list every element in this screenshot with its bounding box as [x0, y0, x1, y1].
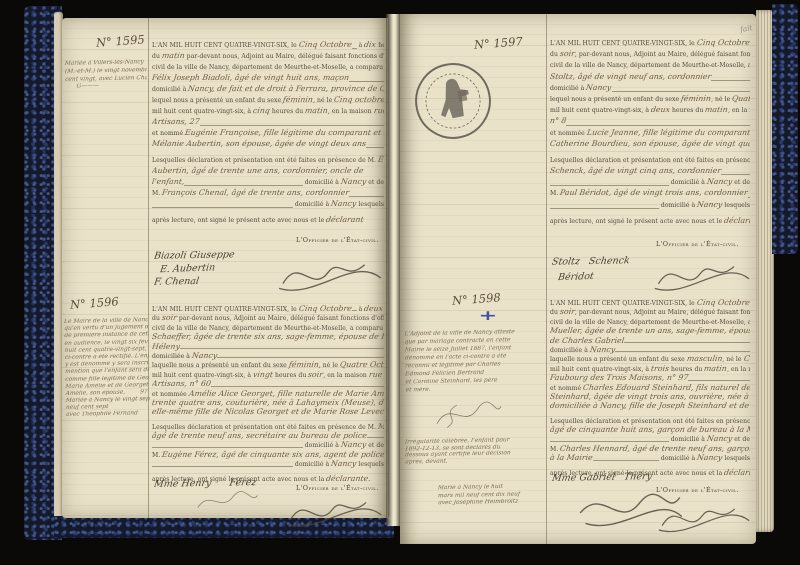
text-line: du soir par-devant nous, Adjoint au Mair…: [152, 313, 384, 322]
left-page: N° 1595 Mariée à Villers-lès-Nancy(M.-et…: [62, 18, 388, 518]
text-line: Lesquelles déclaration et présentation o…: [152, 422, 384, 431]
text-line: Catherine Bourdieu, son épouse, âgée de …: [550, 139, 750, 150]
text-line: laquelle nous a présenté un enfant du se…: [550, 354, 750, 363]
officer-title-label: L'Officier de l'État-civil.: [656, 240, 739, 248]
text-line: Stoltz, âgé de vingt neuf ans, cordonnie…: [550, 72, 750, 83]
text-line: F. Chenal: [154, 275, 235, 289]
text-line: trente quatre ans, couturière, née à Lah…: [152, 398, 384, 407]
text-line: lequel nous a présenté un enfant du sexe…: [550, 94, 750, 105]
text-line: Béridot: [558, 269, 636, 287]
text-line: domiciliée à Nancy, fille de Joseph Stei…: [550, 401, 750, 410]
text-line: Mueller, âgée de trente un ans, sage-fem…: [550, 326, 750, 335]
officer-title-label: L'Officier de l'État-civil.: [296, 236, 379, 244]
text-line: mil huit cent quatre-vingt-six, à deux h…: [550, 105, 750, 116]
text-line: et nommé Charles Edouard Steinhard, fils…: [550, 383, 750, 392]
text-line: Aubertin, âgé de trente une ans, cordonn…: [152, 166, 384, 177]
record-number-1596: N° 1596: [70, 294, 120, 311]
text-line: Mélanie Aubertin, son épouse, âgée de vi…: [152, 139, 384, 150]
text-line: du matin par-devant nous, Adjoint au Mai…: [152, 51, 384, 62]
text-line: après lecture, ont signé le présent acte…: [152, 215, 384, 226]
right-page: N° 1597 L'AN MIL HUIT CENT QUATRE-VINGT-…: [400, 14, 756, 544]
text-line: M. Charles Hennard, âgé de trente neuf a…: [550, 444, 750, 453]
record-body-1597: L'AN MIL HUIT CENT QUATRE-VINGT-SIX, le …: [550, 38, 750, 227]
record-body-1598: L'AN MIL HUIT CENT QUATRE-VINGT-SIX, le …: [550, 298, 750, 477]
text-line: et nommée Lucie Jeanne, fille légitime d…: [550, 128, 750, 139]
text-line: G———: [65, 83, 147, 93]
record-number-1597: N° 1597: [474, 34, 524, 51]
officer-signature-flourish: [276, 250, 384, 300]
text-line: L'AN MIL HUIT CENT QUATRE-VINGT-SIX, le …: [550, 298, 750, 307]
text-line: domicilié à Nancy lesquels: [550, 200, 750, 211]
text-line: Steinhard, âgée de vingt trois ans, ouvr…: [550, 392, 750, 401]
text-line: Félix Joseph Biadoli, âgé de vingt huit …: [152, 73, 384, 84]
text-line: L'AN MIL HUIT CENT QUATRE-VINGT-SIX, le …: [152, 40, 384, 51]
text-line: avec Joséphine Heimbroitz: [438, 498, 556, 508]
declarant-signature-flourish: [192, 484, 262, 518]
book-cover-right: [772, 4, 798, 254]
record-number-1595: N° 1595: [96, 32, 146, 49]
officer-signature-flourish: [284, 490, 384, 534]
text-line: et nommée Amélie Alice Georget, fille na…: [152, 389, 384, 398]
text-line: domicilié à Nancy, de fait et de droit à…: [152, 84, 384, 95]
record-number-1598: N° 1598: [452, 290, 502, 307]
text-line: domicilié à Nancy: [550, 83, 750, 94]
signatures-1595: Biazoli GiuseppeE. AubertinF. Chenal: [154, 250, 235, 289]
margin-small-note-1598: Irrégularité célébrée, l'enfant pour1892…: [405, 437, 542, 466]
text-line: domicilié à Nancy et de: [550, 434, 750, 443]
margin-note-1596: Le Maire de la ville de Nancy certifiequ…: [64, 317, 150, 419]
register-book-scan: N° 1595 Mariée à Villers-lès-Nancy(M.-et…: [0, 0, 800, 565]
text-line: lequel nous a présenté un enfant du sexe…: [152, 95, 384, 106]
text-line: mil huit cent quatre-vingt-six, à cinq h…: [152, 106, 384, 117]
text-line: domicilié à Nancy lesquels: [152, 459, 384, 468]
officer-signature-flourish: [652, 252, 752, 300]
text-line: à la Mairie domicilié à Nancy lesquels: [550, 453, 750, 462]
marginal-cross-mark: +: [478, 308, 497, 324]
margin-signature-flourish: [428, 396, 506, 434]
text-line: et mère.: [406, 385, 542, 396]
text-line: et nommé Eugénie Françoise, fille légiti…: [152, 128, 384, 139]
text-line: âgé de cinquante huit ans, garçon de bur…: [550, 425, 750, 434]
margin-marriage-note-1598: Marié à Nancy le huitmars mil neuf cent …: [438, 483, 556, 508]
text-line: civil de la ville de Nancy, département …: [550, 60, 750, 71]
text-line: domiciliée à Nancy: [550, 345, 750, 354]
text-line: de Charles Gabriel: [550, 336, 750, 345]
text-line: du soir, par-devant nous, Adjoint au Mai…: [550, 307, 750, 316]
officer-signature-flourish: [656, 496, 752, 540]
text-line: M. Eugène Férez, âgé de cinquante six an…: [152, 450, 384, 459]
text-line: L'AN MIL HUIT CENT QUATRE-VINGT-SIX, le …: [550, 38, 750, 49]
margin-rule-line: [546, 14, 547, 544]
text-line: après lecture, ont signé le présent acte…: [550, 216, 750, 227]
text-line: Artisans, 27: [152, 117, 384, 128]
text-line: Schenck, âgé de vingt cinq ans, cordonni…: [550, 166, 750, 177]
text-line: elle-même fille de Nicolas Georget et de…: [152, 407, 384, 416]
text-line: avec Théophile Fernand: [66, 411, 150, 420]
text-line: domicilié à Nancy et de: [550, 177, 750, 188]
record-body-1595: L'AN MIL HUIT CENT QUATRE-VINGT-SIX, le …: [152, 40, 384, 226]
text-line: domiciliée à Nancy: [152, 351, 384, 360]
text-line: domicilié à Nancy lesquels: [152, 199, 384, 210]
text-line: M. François Chenal, âgé de trente ans, c…: [152, 188, 384, 199]
text-line: Schaeffer, âgée de trente six ans, sage-…: [152, 332, 384, 341]
record-body-1596: L'AN MIL HUIT CENT QUATRE-VINGT-SIX, le …: [152, 304, 384, 483]
revenue-stamp-icon: [405, 53, 501, 149]
text-line: Héleny: [152, 342, 384, 351]
text-line: Artisans, n° 60: [152, 379, 384, 388]
text-line: L'AN MIL HUIT CENT QUATRE-VINGT-SIX, le …: [152, 304, 384, 313]
text-line: domicilié à Nancy et de: [152, 440, 384, 449]
text-line: M. Paul Béridot, âgé de vingt trois ans,…: [550, 188, 750, 199]
margin-legitimation-note-1598: L'Adjoint de la ville de Nancy attestequ…: [404, 329, 541, 396]
text-line: civil de la ville de Nancy, département …: [152, 62, 384, 73]
text-line: mil huit cent quatre-vingt-six, à vingt …: [152, 370, 384, 379]
text-line: du soir, par-devant nous, Adjoint au Mai…: [550, 49, 750, 60]
text-line: Lesquelles déclaration et présentation o…: [550, 416, 750, 425]
text-line: n° 8: [550, 116, 750, 127]
text-line: civil de la ville de Nancy, département …: [152, 323, 384, 332]
text-line: âgé de trente neuf ans, secrétaire au bu…: [152, 431, 384, 440]
text-line: Lesquelles déclaration et présentation o…: [152, 155, 384, 166]
margin-note-1595: Mariée à Villers-lès-Nancy(M.-et-M.) le …: [65, 59, 148, 92]
text-line: laquelle nous a présenté un enfant du se…: [152, 360, 384, 369]
text-line: Faubourg des Trois Maisons, n° 97: [550, 373, 750, 382]
text-line: civil de la ville de Nancy, département …: [550, 317, 750, 326]
signatures-1597: Stoltz SchenckBéridot: [552, 256, 630, 286]
text-line: l'enfant, domicilié à Nancy et de: [152, 177, 384, 188]
text-line: Lesquelles déclaration et présentation o…: [550, 155, 750, 166]
text-line: mil huit cent quatre-vingt-six, à trois …: [550, 364, 750, 373]
margin-rule-line: [148, 18, 149, 518]
